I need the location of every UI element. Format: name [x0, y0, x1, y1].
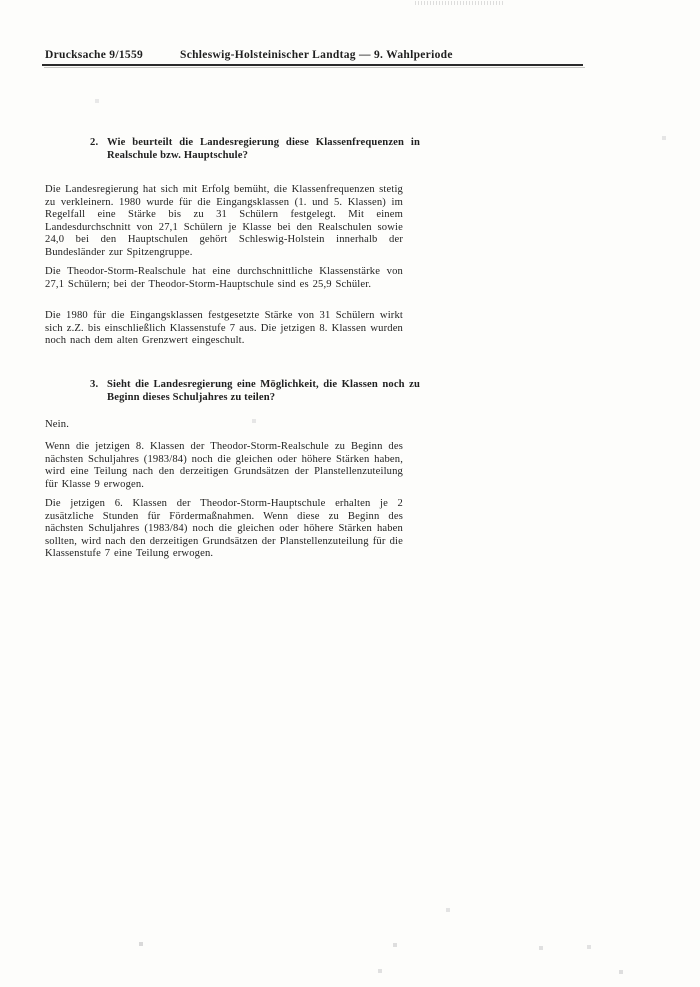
question-2-number: 2. — [90, 137, 107, 162]
header-rule — [42, 64, 583, 66]
answer-2-paragraph-1: Die Landesregierung hat sich mit Erfolg … — [45, 184, 403, 259]
scanned-document-page: Drucksache 9/1559 Schleswig-Holsteinisch… — [0, 0, 700, 987]
doc-title: Schleswig-Holsteinischer Landtag — 9. Wa… — [180, 49, 453, 61]
question-3: 3. Sieht die Landesregierung eine Möglic… — [90, 379, 420, 404]
question-2-text: Wie beurteilt die Landesregierung diese … — [107, 137, 420, 162]
header-rule-shadow — [44, 67, 585, 68]
answer-2-paragraph-3: Die 1980 für die Eingangsklassen festges… — [45, 310, 403, 348]
question-3-number: 3. — [90, 379, 107, 404]
scan-artifact-top — [415, 1, 505, 5]
answer-3-lead: Nein. — [45, 419, 69, 432]
scan-noise-specks — [0, 0, 2, 2]
answer-3-paragraph-2: Die jetzigen 6. Klassen der Theodor-Stor… — [45, 498, 403, 561]
answer-2-paragraph-2: Die Theodor-Storm-Realschule hat eine du… — [45, 266, 403, 291]
doc-number: Drucksache 9/1559 — [45, 49, 143, 61]
question-2: 2. Wie beurteilt die Landesregierung die… — [90, 137, 420, 162]
answer-3-paragraph-1: Wenn die jetzigen 8. Klassen der Theodor… — [45, 441, 403, 491]
question-3-text: Sieht die Landesregierung eine Möglichke… — [107, 379, 420, 404]
